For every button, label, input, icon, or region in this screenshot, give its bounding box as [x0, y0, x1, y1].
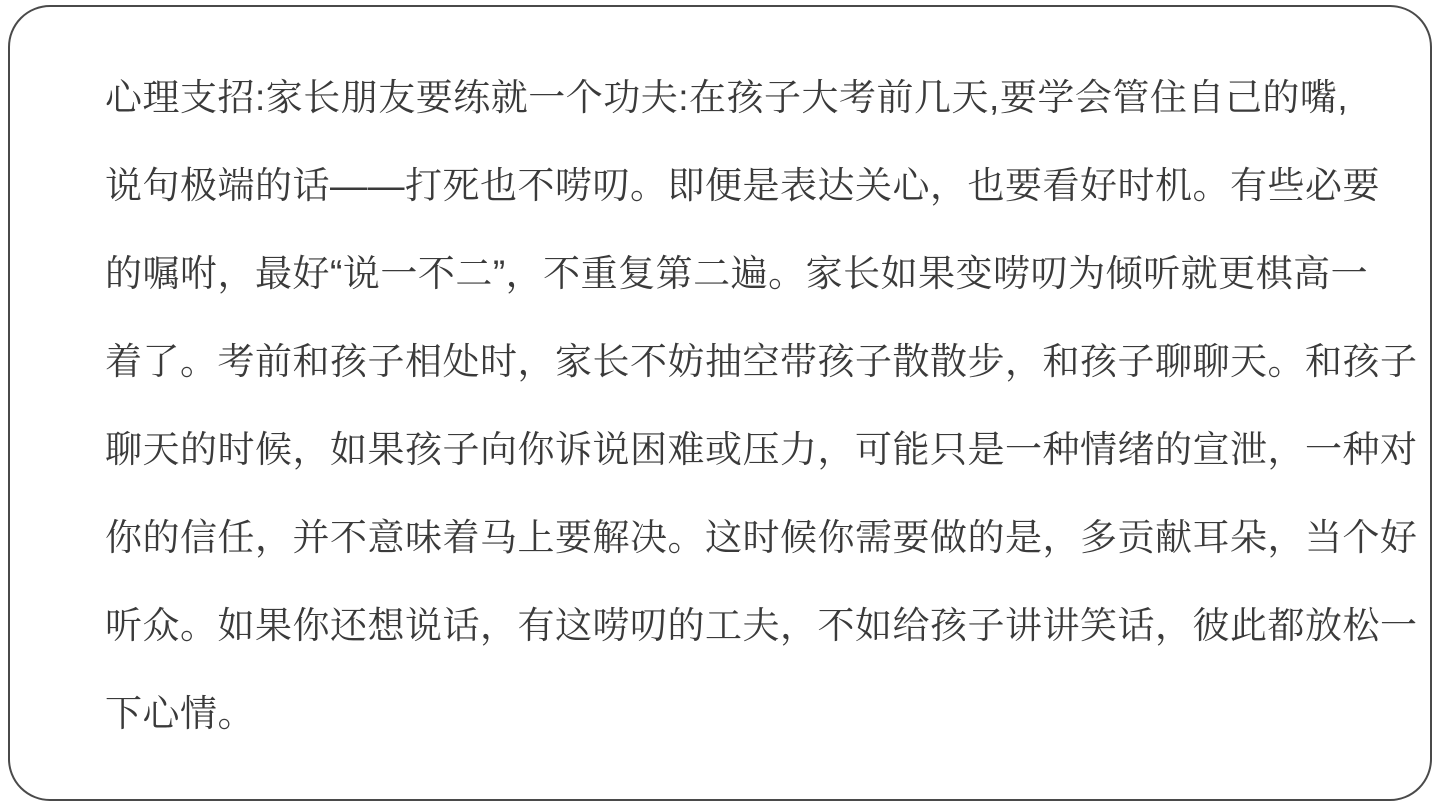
text-line-2: 说句极端的话——打死也不唠叨。即便是表达关心，也要看好时机。有些必要 — [105, 142, 1365, 230]
text-line-6: 你的信任，并不意味着马上要解决。这时候你需要做的是，多贡献耳朵，当个好 — [105, 494, 1365, 582]
advice-card: 心理支招:家长朋友要练就一个功夫:在孩子大考前几天,要学会管住自己的嘴, 说句极… — [8, 5, 1432, 801]
advice-paragraph: 心理支招:家长朋友要练就一个功夫:在孩子大考前几天,要学会管住自己的嘴, 说句极… — [105, 54, 1365, 758]
text-line-5: 聊天的时候，如果孩子向你诉说困难或压力，可能只是一种情绪的宣泄，一种对 — [105, 406, 1365, 494]
text-line-8: 下心情。 — [105, 670, 1365, 758]
text-line-3: 的嘱咐，最好“说一不二”，不重复第二遍。家长如果变唠叨为倾听就更棋高一 — [105, 230, 1365, 318]
text-line-1: 心理支招:家长朋友要练就一个功夫:在孩子大考前几天,要学会管住自己的嘴, — [105, 54, 1365, 142]
text-line-4: 着了。考前和孩子相处时，家长不妨抽空带孩子散散步，和孩子聊聊天。和孩子 — [105, 318, 1365, 406]
text-line-7: 听众。如果你还想说话，有这唠叨的工夫，不如给孩子讲讲笑话，彼此都放松一 — [105, 582, 1365, 670]
